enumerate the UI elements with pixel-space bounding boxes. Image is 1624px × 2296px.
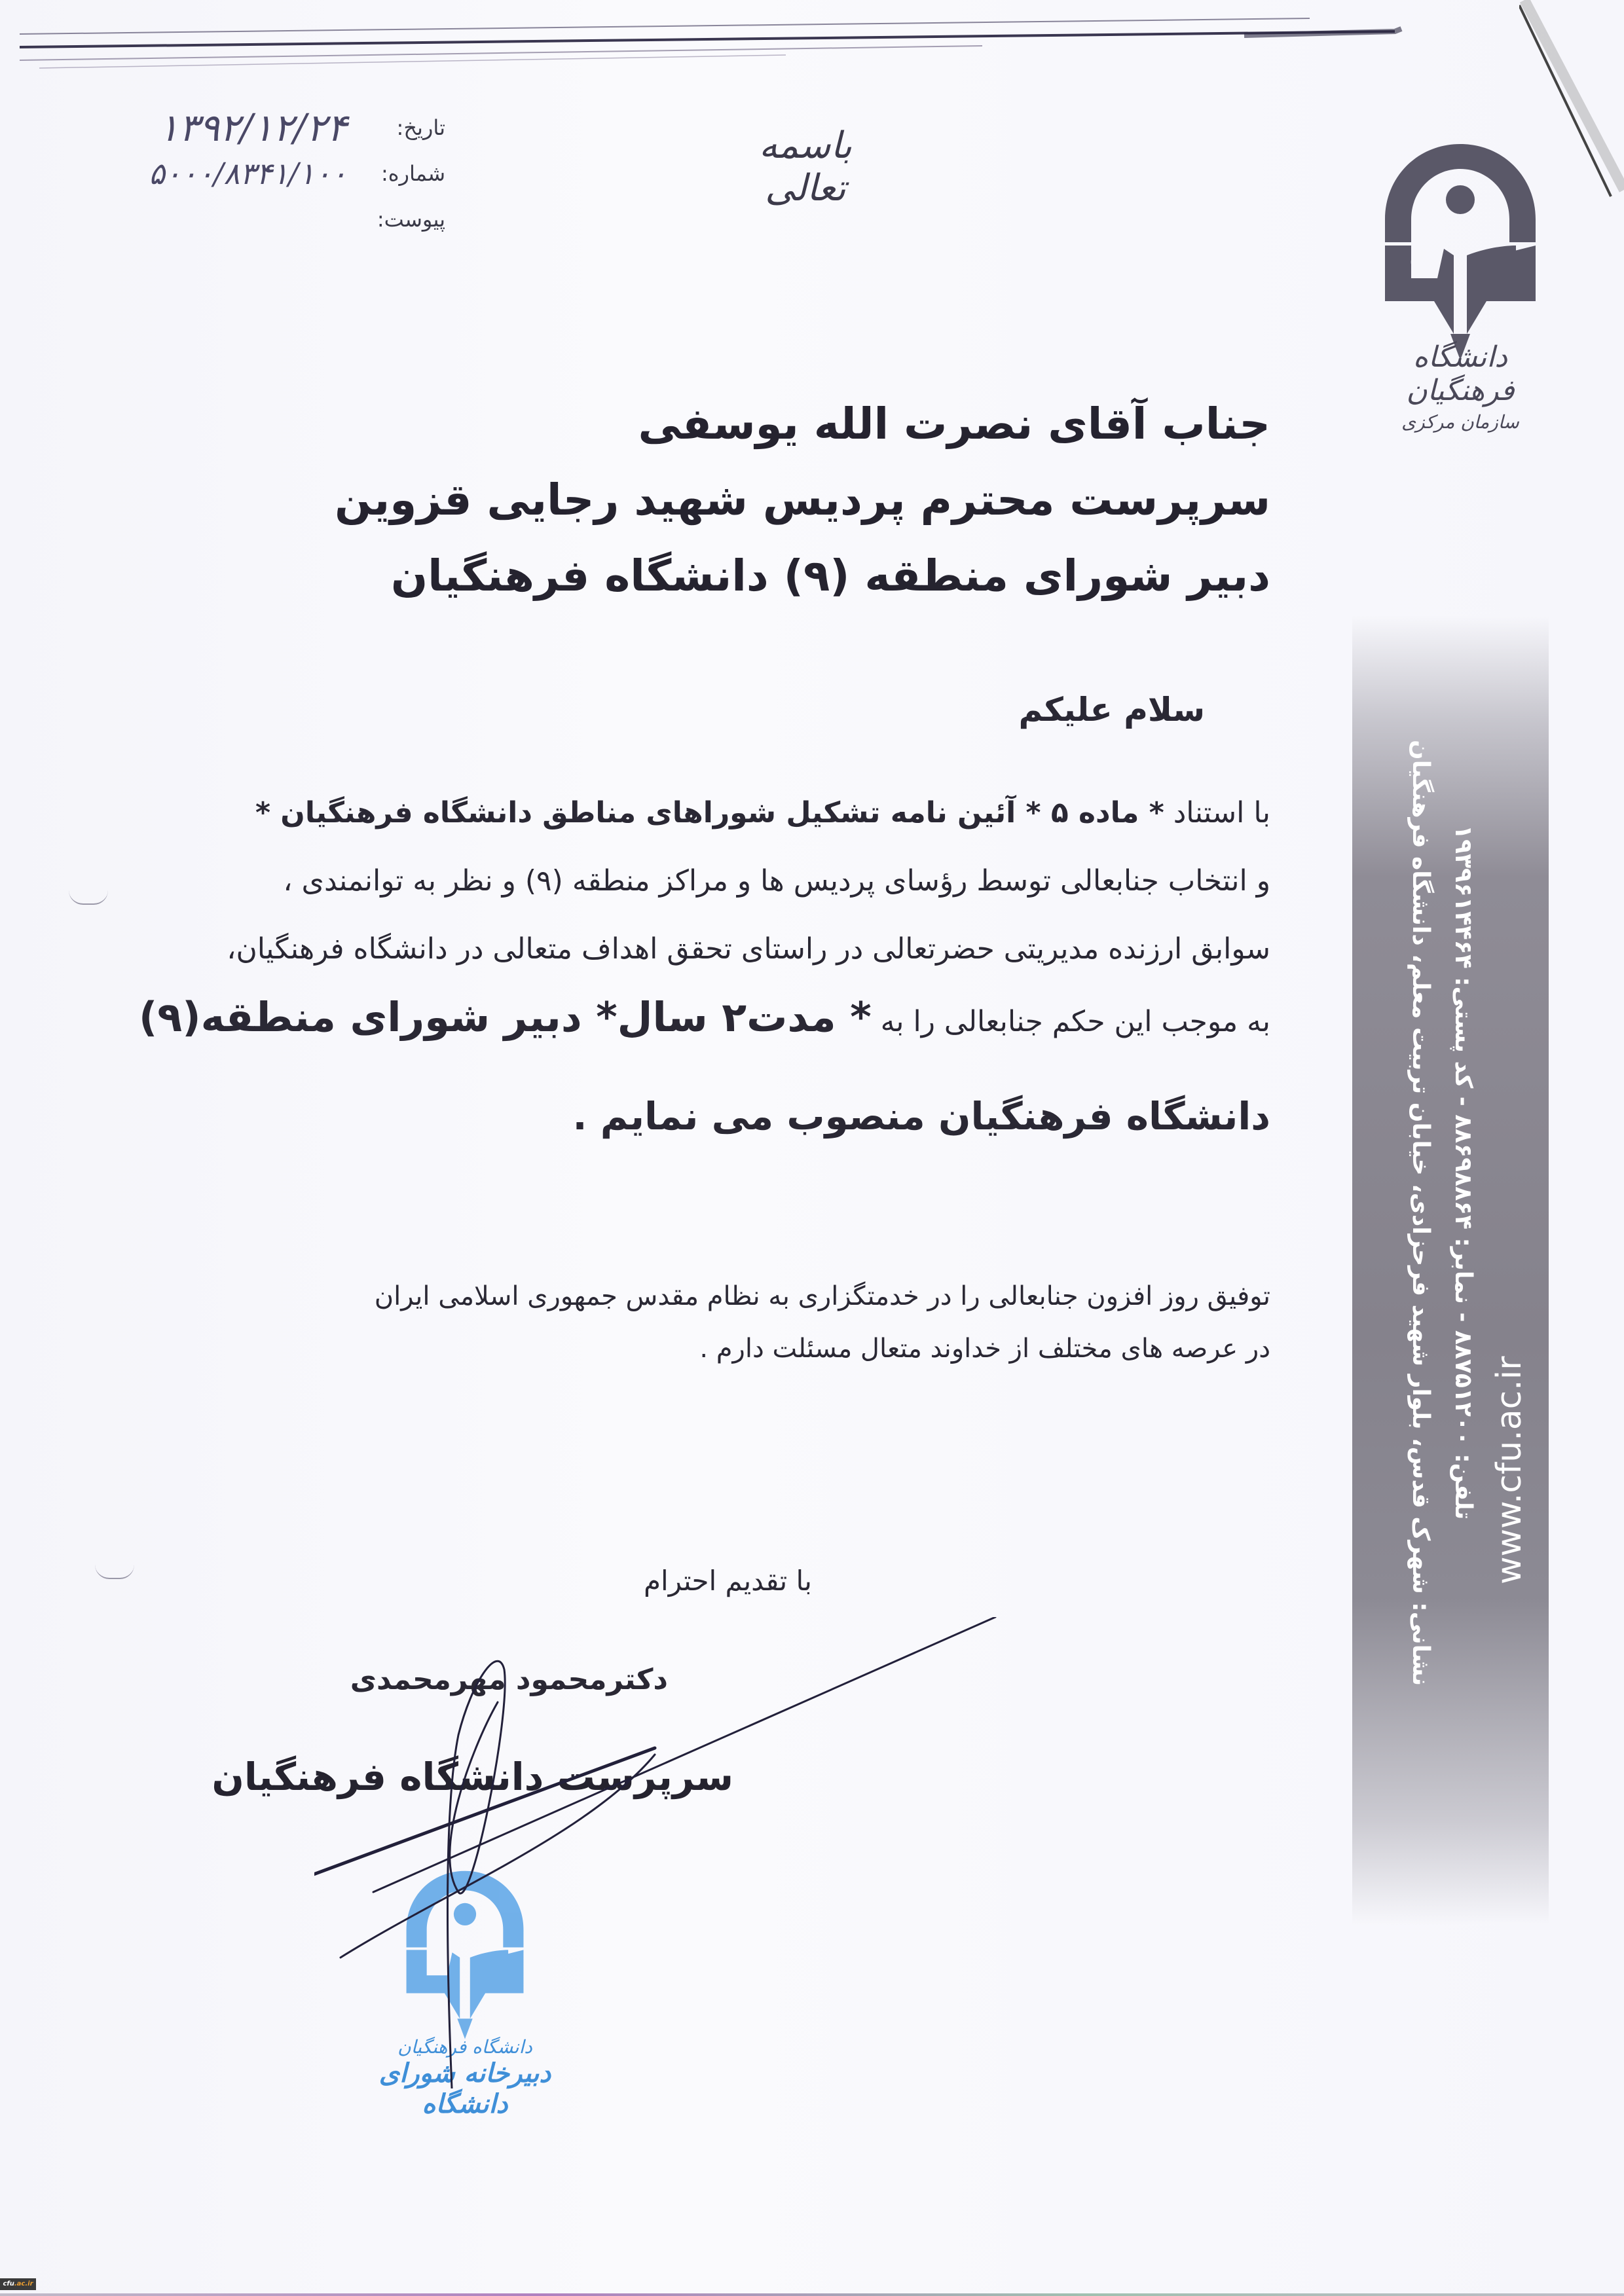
letter-meta: تاریخ: ۱۳۹۲/۱۲/۲۴ شماره: ۵۰۰۰/۸۳۴۱/۱۰۰ پ… bbox=[79, 105, 445, 242]
closing-paragraph: توفیق روز افزون جنابعالی را در خدمتگزاری… bbox=[223, 1270, 1270, 1375]
greeting: سلام علیکم bbox=[1019, 691, 1205, 729]
site-watermark: cfu.ac.ir bbox=[0, 2278, 36, 2290]
sidebar-website: www.cfu.ac.ir bbox=[1490, 1356, 1529, 1584]
punch-hole-mark bbox=[95, 1565, 134, 1579]
handwritten-signature bbox=[314, 1617, 1008, 2088]
contact-sidebar-text: نشانی: شهرک قدس، بلوار شهید فرحزادی، خیا… bbox=[1352, 615, 1549, 1925]
date-value: ۱۳۹۲/۱۲/۲۴ bbox=[158, 105, 347, 150]
number-row: شماره: ۵۰۰۰/۸۳۴۱/۱۰۰ bbox=[79, 151, 445, 196]
date-row: تاریخ: ۱۳۹۲/۱۲/۲۴ bbox=[79, 105, 445, 151]
letter-page: تاریخ: ۱۳۹۲/۱۲/۲۴ شماره: ۵۰۰۰/۸۳۴۱/۱۰۰ پ… bbox=[0, 0, 1624, 2296]
logo-caption: دانشگاه فرهنگیان سازمان مرکزی bbox=[1362, 340, 1559, 433]
closing-line-1: توفیق روز افزون جنابعالی را در خدمتگزاری… bbox=[223, 1270, 1270, 1322]
body-line-5: دانشگاه فرهنگیان منصوب می نمایم . bbox=[183, 1082, 1270, 1150]
logo-subtitle: سازمان مرکزی bbox=[1362, 411, 1559, 433]
body-line-1-prefix: با استناد bbox=[1173, 796, 1270, 829]
attachment-label: پیوست: bbox=[373, 207, 445, 232]
body-line-1: با استناد * ماده ۵ * آئین نامه تشکیل شور… bbox=[183, 779, 1270, 847]
scan-bottom-edge bbox=[0, 2293, 1624, 2296]
sidebar-address: نشانی: شهرک قدس، بلوار شهید فرحزادی، خیا… bbox=[1407, 740, 1434, 1686]
regards-text: با تقدیم احترام bbox=[644, 1565, 812, 1597]
date-label: تاریخ: bbox=[373, 115, 445, 140]
body-line-2: و انتخاب جنابعالی توسط رؤسای پردیس ها و … bbox=[183, 847, 1270, 915]
body-paragraph: با استناد * ماده ۵ * آئین نامه تشکیل شور… bbox=[183, 779, 1270, 1150]
scan-artifact-lines bbox=[0, 0, 1624, 79]
addressee-block: جناب آقای نصرت الله یوسفی سرپرست محترم پ… bbox=[196, 386, 1270, 614]
body-line-4-bold: * مدت۲ سال* دبیر شورای منطقه(۹) bbox=[139, 993, 872, 1041]
logo-university-name: دانشگاه فرهنگیان bbox=[1362, 340, 1559, 407]
addressee-name: جناب آقای نصرت الله یوسفی bbox=[196, 386, 1270, 462]
closing-line-2: در عرصه های مختلف از خداوند متعال مسئلت … bbox=[223, 1322, 1270, 1375]
body-line-4: به موجب این حکم جنابعالی را به * مدت۲ سا… bbox=[183, 983, 1270, 1056]
attachment-row: پیوست: bbox=[79, 196, 445, 242]
addressee-position: سرپرست محترم پردیس شهید رجایی قزوین bbox=[196, 462, 1270, 538]
watermark-main: cfu bbox=[3, 2280, 14, 2287]
body-line-1-bold: * ماده ۵ * آئین نامه تشکیل شوراهای مناطق… bbox=[255, 796, 1164, 829]
body-line-3: سوابق ارزنده مدیریتی حضرتعالی در راستای … bbox=[183, 915, 1270, 983]
university-logo-icon bbox=[1372, 137, 1549, 373]
watermark-accent: .ac.ir bbox=[14, 2280, 33, 2287]
punch-hole-mark bbox=[69, 890, 108, 905]
number-label: شماره: bbox=[373, 161, 445, 186]
basmala-heading: باسمه تعالی bbox=[727, 124, 884, 210]
addressee-role: دبیر شورای منطقه (۹) دانشگاه فرهنگیان bbox=[196, 538, 1270, 614]
number-value: ۵۰۰۰/۸۳۴۱/۱۰۰ bbox=[149, 156, 347, 191]
sidebar-contact: تلفن: ۸۸۷۵۱۲۰۰ - نمابر: ۸۸۶۹۸۸۶۴ - کد پس… bbox=[1450, 825, 1477, 1520]
body-line-4-prefix: به موجب این حکم جنابعالی را به bbox=[881, 1005, 1270, 1038]
